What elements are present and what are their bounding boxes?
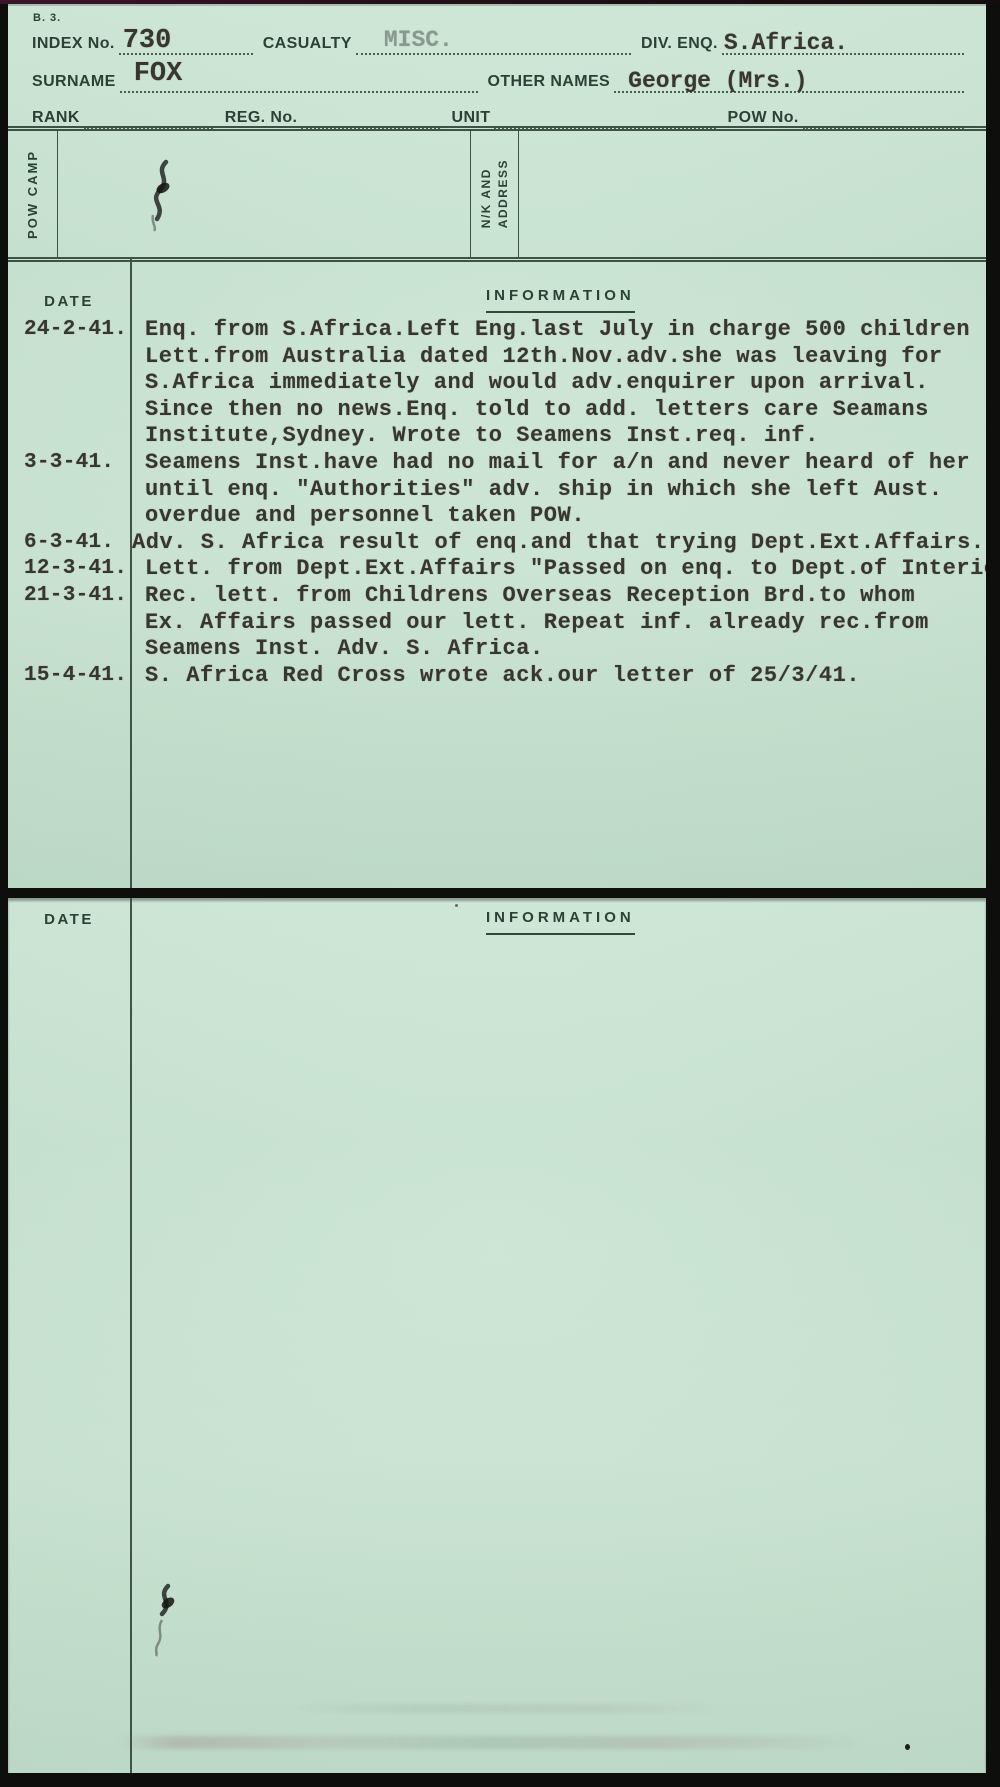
ink-smudge	[138, 1580, 192, 1658]
unit-field	[494, 100, 715, 129]
ink-speck	[905, 1744, 910, 1750]
div-enq-value: S.Africa.	[724, 30, 848, 56]
pow-camp-section: POW CAMP N/K AND ADDRESS	[8, 126, 986, 262]
table-row: 21-3-41. Rec. lett. from Childrens Overs…	[8, 583, 986, 663]
pow-camp-cell: POW CAMP	[8, 131, 58, 257]
entry-date: 15-4-41.	[8, 663, 130, 690]
casualty-value: MISC.	[384, 27, 453, 53]
entry-text: Lett. from Dept.Ext.Affairs "Passed on e…	[130, 556, 986, 583]
entry-date: 21-3-41.	[8, 583, 130, 610]
ink-speck	[455, 904, 458, 907]
record-card-front: B. 3. INDEX No. 730 CASUALTY MISC. DIV. …	[8, 4, 986, 888]
entry-date: 6-3-41.	[8, 530, 130, 557]
ink-smudge	[135, 157, 187, 233]
entry-text: Rec. lett. from Childrens Overseas Recep…	[130, 583, 986, 663]
entry-date: 12-3-41.	[8, 556, 130, 583]
date-column-divider	[130, 898, 132, 1773]
index-no-label: INDEX No.	[32, 36, 119, 55]
scanned-record-card: B. 3. INDEX No. 730 CASUALTY MISC. DIV. …	[0, 0, 1000, 1787]
other-names-value: George (Mrs.)	[628, 68, 807, 94]
nk-address-line1: N/K AND	[478, 159, 495, 228]
nk-address-label: N/K AND ADDRESS	[478, 159, 512, 228]
table-row: 24-2-41. Enq. from S.Africa.Left Eng.las…	[8, 317, 986, 450]
header-row-1: INDEX No. 730 CASUALTY MISC. DIV. ENQ. S…	[32, 28, 964, 55]
show-through-text	[288, 1704, 726, 1713]
entry-date: 24-2-41.	[8, 317, 130, 344]
table-row: 15-4-41. S. Africa Red Cross wrote ack.o…	[8, 663, 986, 690]
information-column-header: INFORMATION	[486, 910, 635, 935]
index-no-value: 730	[123, 26, 172, 56]
table-row: 3-3-41. Seamens Inst.have had no mail fo…	[8, 450, 986, 530]
pow-no-field	[803, 100, 964, 129]
header-row-3: RANK REG. No. UNIT POW No.	[32, 102, 964, 129]
casualty-field: MISC.	[356, 26, 631, 55]
show-through-stamp	[118, 1736, 866, 1749]
table-row: 12-3-41. Lett. from Dept.Ext.Affairs "Pa…	[8, 556, 986, 583]
date-column-header: DATE	[8, 294, 130, 309]
div-enq-field: S.Africa.	[722, 26, 964, 55]
entry-text: Enq. from S.Africa.Left Eng.last July in…	[130, 317, 986, 450]
information-column-header: INFORMATION	[486, 288, 635, 313]
rank-field	[84, 100, 213, 129]
entry-text: Seamens Inst.have had no mail for a/n an…	[130, 450, 986, 530]
surname-value: FOX	[134, 59, 183, 89]
table-row: 6-3-41. Adv. S. Africa result of enq.and…	[8, 530, 986, 557]
casualty-label: CASUALTY	[253, 36, 356, 55]
entry-text: Adv. S. Africa result of enq.and that tr…	[130, 530, 986, 557]
surname-label: SURNAME	[32, 74, 120, 93]
date-column-header: DATE	[8, 912, 130, 927]
other-names-field: George (Mrs.)	[614, 64, 964, 93]
nk-address-line2: ADDRESS	[495, 159, 512, 228]
index-no-field: 730	[119, 26, 253, 55]
other-names-label: OTHER NAMES	[478, 74, 615, 93]
nk-address-cell: N/K AND ADDRESS	[470, 131, 519, 257]
entry-text: S. Africa Red Cross wrote ack.our letter…	[130, 663, 986, 690]
div-enq-label: DIV. ENQ.	[631, 36, 722, 55]
record-card-back: DATE INFORMATION	[8, 898, 986, 1773]
surname-field: FOX	[120, 64, 478, 93]
information-entries: 24-2-41. Enq. from S.Africa.Left Eng.las…	[8, 317, 986, 689]
entry-date: 3-3-41.	[8, 450, 130, 477]
pow-camp-label: POW CAMP	[24, 150, 41, 239]
reg-no-field	[301, 100, 439, 129]
header-row-2: SURNAME FOX OTHER NAMES George (Mrs.)	[32, 66, 964, 93]
form-code: B. 3.	[33, 13, 61, 24]
